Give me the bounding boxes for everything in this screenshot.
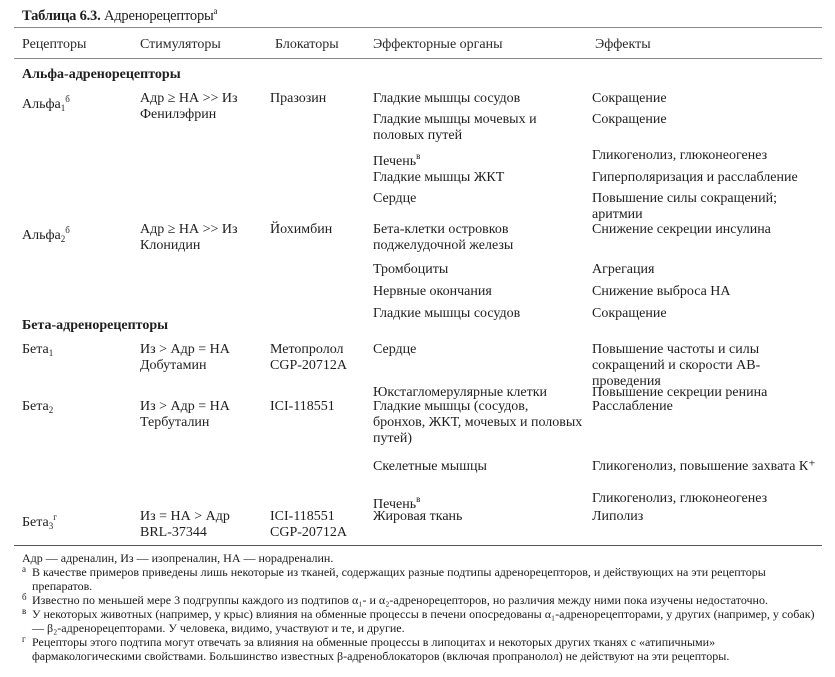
effect: Гликогенолиз, повышение захвата К⁺ <box>592 459 822 475</box>
stimulators: Из = НА > АдрBRL-37344 <box>140 509 265 541</box>
blocker-line: Йохимбин <box>270 222 370 238</box>
receptor-label: Альфа <box>22 97 61 112</box>
bottom-rule <box>14 545 822 546</box>
receptor-name: Бета2 <box>22 399 53 418</box>
receptor-footnote-mark: б <box>65 94 70 104</box>
stimulators: Из > Адр = НАДобутамин <box>140 342 265 374</box>
organ-footnote-mark: в <box>416 151 420 161</box>
footnote-mark: в <box>22 604 26 618</box>
effector-organ: Скелетные мышцы <box>373 459 583 475</box>
column-header-receptors: Рецепторы <box>22 37 86 53</box>
footnote-text: Рецепторы этого подтипа могут отвечать з… <box>32 635 729 663</box>
footnote-3: вУ некоторых животных (например, у крыс)… <box>22 607 822 635</box>
blockers: МетопрололCGP-20712A <box>270 342 370 374</box>
top-rule <box>14 27 822 28</box>
footnote-mark: б <box>22 590 27 604</box>
column-header-stimulators: Стимуляторы <box>140 37 221 53</box>
column-header-effects: Эффекты <box>595 37 651 53</box>
effect: Сокращение <box>592 306 822 322</box>
effector-organ: Печеньв <box>373 148 583 170</box>
blockers: Празозин <box>270 91 370 107</box>
effector-organ: Гладкие мышцы (сосудов, бронхов, ЖКТ, мо… <box>373 399 583 447</box>
footnote-1: аВ качестве примеров приведены лишь неко… <box>22 565 822 593</box>
abbreviations: Адр — адреналин, Из — изопреналин, НА — … <box>22 551 822 565</box>
organ-text: Скелетные мышцы <box>373 459 487 474</box>
organ-text: Тромбоциты <box>373 262 448 277</box>
stimulators: Адр ≥ НА >> ИзФенилэфрин <box>140 91 265 123</box>
effect: Гиперполяризация и расслабление <box>592 170 822 186</box>
effector-organ: Гладкие мышцы сосудов <box>373 91 583 107</box>
footnotes: Адр — адреналин, Из — изопреналин, НА — … <box>22 551 822 663</box>
receptor-label: Альфа <box>22 228 61 243</box>
blocker-line: Метопролол <box>270 342 370 358</box>
effect: Агрегация <box>592 262 822 278</box>
receptor-footnote-mark: г <box>53 512 57 522</box>
organ-text: Нервные окончания <box>373 284 492 299</box>
table-title-text: Адренорецепторы <box>104 8 214 24</box>
footnote-4: гРецепторы этого подтипа могут отвечать … <box>22 635 822 663</box>
receptor-subscript: 1 <box>49 348 54 358</box>
stimulator-line: Клонидин <box>140 238 265 254</box>
effector-organ: Бета-клетки островков поджелудочной желе… <box>373 222 583 254</box>
blockers: ICI-118551 <box>270 399 370 415</box>
organ-text: Гладкие мышцы сосудов <box>373 91 520 106</box>
receptor-name: Альфа1б <box>22 91 70 116</box>
column-header-blockers: Блокаторы <box>275 37 339 53</box>
organ-text: Бета-клетки островков поджелудочной желе… <box>373 222 513 253</box>
footnote-text: Известно по меньшей мере 3 подгруппы каж… <box>32 593 768 607</box>
organ-text: Сердце <box>373 342 416 357</box>
receptor-subscript: 2 <box>61 234 66 244</box>
receptor-label: Бета <box>22 515 49 530</box>
stimulator-line: Тербуталин <box>140 415 265 431</box>
effect: Расслабление <box>592 399 822 415</box>
stimulators: Адр ≥ НА >> ИзКлонидин <box>140 222 265 254</box>
stimulator-line: BRL-37344 <box>140 525 265 541</box>
footnote-text: У некоторых животных (например, у крыс) … <box>32 607 815 635</box>
table-title: Таблица 6.3. Адренорецепторыа <box>22 6 217 25</box>
section-title: Бета-адренорецепторы <box>22 318 168 334</box>
section-title: Альфа-адренорецепторы <box>22 67 181 83</box>
stimulator-line: Фенилэфрин <box>140 107 265 123</box>
stimulators: Из > Адр = НАТербуталин <box>140 399 265 431</box>
organ-text: Гладкие мышцы мочевых и половых путей <box>373 112 537 143</box>
table-number: Таблица 6.3. <box>22 8 101 24</box>
organ-text: Юкстагломерулярные клетки <box>373 385 547 400</box>
organ-text: Гладкие мышцы ЖКТ <box>373 170 504 185</box>
blocker-line: ICI-118551 <box>270 399 370 415</box>
stimulator-line: Адр ≥ НА >> Из <box>140 91 265 107</box>
organ-text: Гладкие мышцы сосудов <box>373 306 520 321</box>
blocker-line: CGP-20712A <box>270 358 370 374</box>
effect: Повышение частоты и силы сокращений и ск… <box>592 342 822 390</box>
organ-text: Сердце <box>373 191 416 206</box>
effector-organ: Нервные окончания <box>373 284 583 300</box>
effect: Гликогенолиз, глюконеогенез <box>592 148 822 164</box>
footnote-2: бИзвестно по меньшей мере 3 подгруппы ка… <box>22 593 822 607</box>
effect: Повышение силы сокращений; аритмии <box>592 191 822 223</box>
footnote-mark: а <box>22 562 26 576</box>
blocker-line: Празозин <box>270 91 370 107</box>
receptor-subscript: 2 <box>49 405 54 415</box>
effector-organ: Тромбоциты <box>373 262 583 278</box>
organ-text: Печень <box>373 154 416 169</box>
receptor-subscript: 3 <box>49 521 54 531</box>
receptor-subscript: 1 <box>61 103 66 113</box>
organ-footnote-mark: в <box>416 494 420 504</box>
receptor-name: Бета3г <box>22 509 57 534</box>
stimulator-line: Из > Адр = НА <box>140 399 265 415</box>
blocker-line: ICI-118551 <box>270 509 370 525</box>
footnote-mark: г <box>22 632 26 646</box>
organ-text: Гладкие мышцы (сосудов, бронхов, ЖКТ, мо… <box>373 399 582 446</box>
receptor-label: Бета <box>22 342 49 357</box>
effect: Сокращение <box>592 112 822 128</box>
organ-text: Жировая ткань <box>373 509 462 524</box>
blocker-line: CGP-20712A <box>270 525 370 541</box>
effector-organ: Гладкие мышцы сосудов <box>373 306 583 322</box>
effect: Снижение секреции инсулина <box>592 222 822 238</box>
footnote-text: В качестве примеров приведены лишь некот… <box>32 565 766 593</box>
receptor-name: Бета1 <box>22 342 53 361</box>
title-footnote-mark: а <box>214 6 218 16</box>
stimulator-line: Из > Адр = НА <box>140 342 265 358</box>
effect: Липолиз <box>592 509 822 525</box>
effector-organ: Сердце <box>373 191 583 207</box>
receptor-name: Альфа2б <box>22 222 70 247</box>
blockers: ICI-118551CGP-20712A <box>270 509 370 541</box>
stimulator-line: Адр ≥ НА >> Из <box>140 222 265 238</box>
effect: Снижение выброса НА <box>592 284 822 300</box>
effector-organ: Гладкие мышцы ЖКТ <box>373 170 583 186</box>
effector-organ: Жировая ткань <box>373 509 583 525</box>
effector-organ: Сердце <box>373 342 583 358</box>
header-rule <box>14 58 822 59</box>
stimulator-line: Из = НА > Адр <box>140 509 265 525</box>
blockers: Йохимбин <box>270 222 370 238</box>
effect: Гликогенолиз, глюконеогенез <box>592 491 822 507</box>
effector-organ: Гладкие мышцы мочевых и половых путей <box>373 112 583 144</box>
stimulator-line: Добутамин <box>140 358 265 374</box>
column-header-effector-organs: Эффекторные органы <box>373 37 503 53</box>
receptor-label: Бета <box>22 399 49 414</box>
effect: Сокращение <box>592 91 822 107</box>
receptor-footnote-mark: б <box>65 225 70 235</box>
